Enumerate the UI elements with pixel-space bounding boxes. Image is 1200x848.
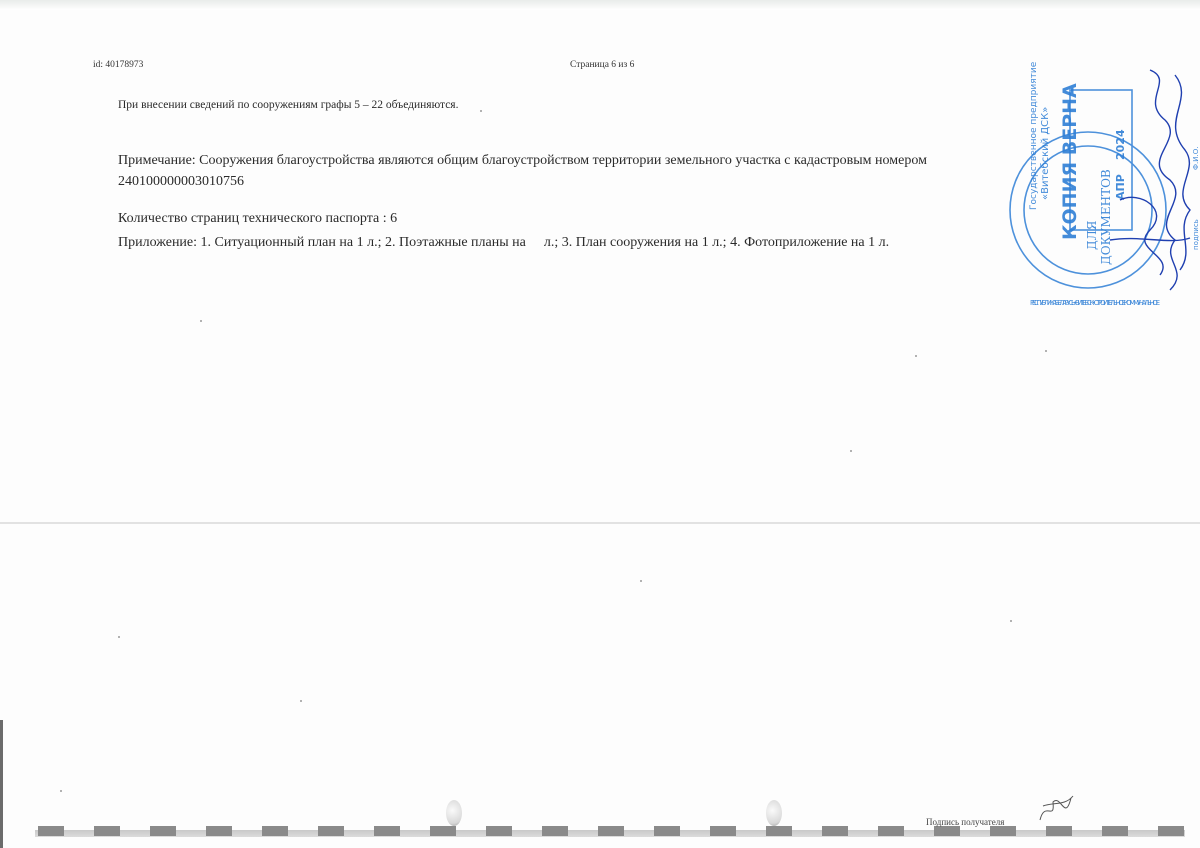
note-text: Примечание: Сооружения благоустройства я… [118,153,927,169]
punch-hole [766,800,782,826]
document-id: id: 40178973 [93,60,143,70]
stamp-fio-label: Ф.И.О. [1192,147,1200,170]
scan-speck [200,320,202,322]
appendix-part1: Приложение: 1. Ситуационный план на 1 л.… [118,235,526,250]
perforation-block [38,826,64,836]
perforation-block [150,826,176,836]
page-count: Количество страниц технического паспорта… [118,211,397,227]
perforation-block [990,826,1016,836]
perforation-block [654,826,680,836]
scan-speck [118,636,120,638]
perforation-block [822,826,848,836]
perforation-block [94,826,120,836]
recipient-signature-mark [1035,792,1075,824]
stamp-ring-text: РЕСПУБЛИКА БЕЛАРУСЬ • ВИТЕБСК • СТРОИТЕЛ… [1030,299,1160,307]
perforation-block [262,826,288,836]
stamp-org-2: «Витебский ДСК» [1040,107,1051,200]
certification-stamp: КОПИЯ ВЕРНА ДЛЯ ДОКУМЕНТОВ Государственн… [1000,60,1200,320]
stamp-org-1: Государственное предприятие [1029,61,1039,210]
stamp-subtitle-1: ДЛЯ [1085,220,1099,250]
perforation-block [766,826,792,836]
perforation-block [542,826,568,836]
perforation-block [878,826,904,836]
merge-note: При внесении сведений по сооружениям гра… [118,99,458,111]
perforation-block [206,826,232,836]
scan-speck [480,110,482,112]
perforation-block [598,826,624,836]
appendix-part2: л.; 3. План сооружения на 1 л.; 4. Фотоп… [544,235,889,250]
perforation-block [318,826,344,836]
perforation-block [1102,826,1128,836]
page-number: Страница 6 из 6 [570,60,634,70]
scan-speck [60,790,62,792]
scan-speck [1010,620,1012,622]
perforation-block [486,826,512,836]
perforation-block [1158,826,1184,836]
scan-left-edge [0,720,3,848]
recipient-signature-label: Подпись получателя [926,817,1004,827]
document-page: id: 40178973 Страница 6 из 6 При внесени… [0,0,1200,848]
perforation-block [934,826,960,836]
scan-speck [850,450,852,452]
perforation-block [1046,826,1072,836]
cadastral-number: 240100000003010756 [118,174,244,190]
fold-line [0,522,1200,524]
punch-hole [446,800,462,826]
stamp-sign-label: подпись [1192,219,1200,250]
stamp-month: АПР [1114,174,1127,200]
stamp-year: 2024 [1114,129,1127,160]
stamp-title: КОПИЯ ВЕРНА [1059,83,1081,240]
scan-speck [915,355,917,357]
scan-speck [1045,350,1047,352]
scan-speck [300,700,302,702]
perforation-block [374,826,400,836]
appendix-line: Приложение: 1. Ситуационный план на 1 л.… [118,235,889,251]
stamp-subtitle-2: ДОКУМЕНТОВ [1099,169,1113,265]
scan-top-edge [0,0,1200,10]
scan-speck [640,580,642,582]
perforation-block [710,826,736,836]
perforation-block [430,826,456,836]
